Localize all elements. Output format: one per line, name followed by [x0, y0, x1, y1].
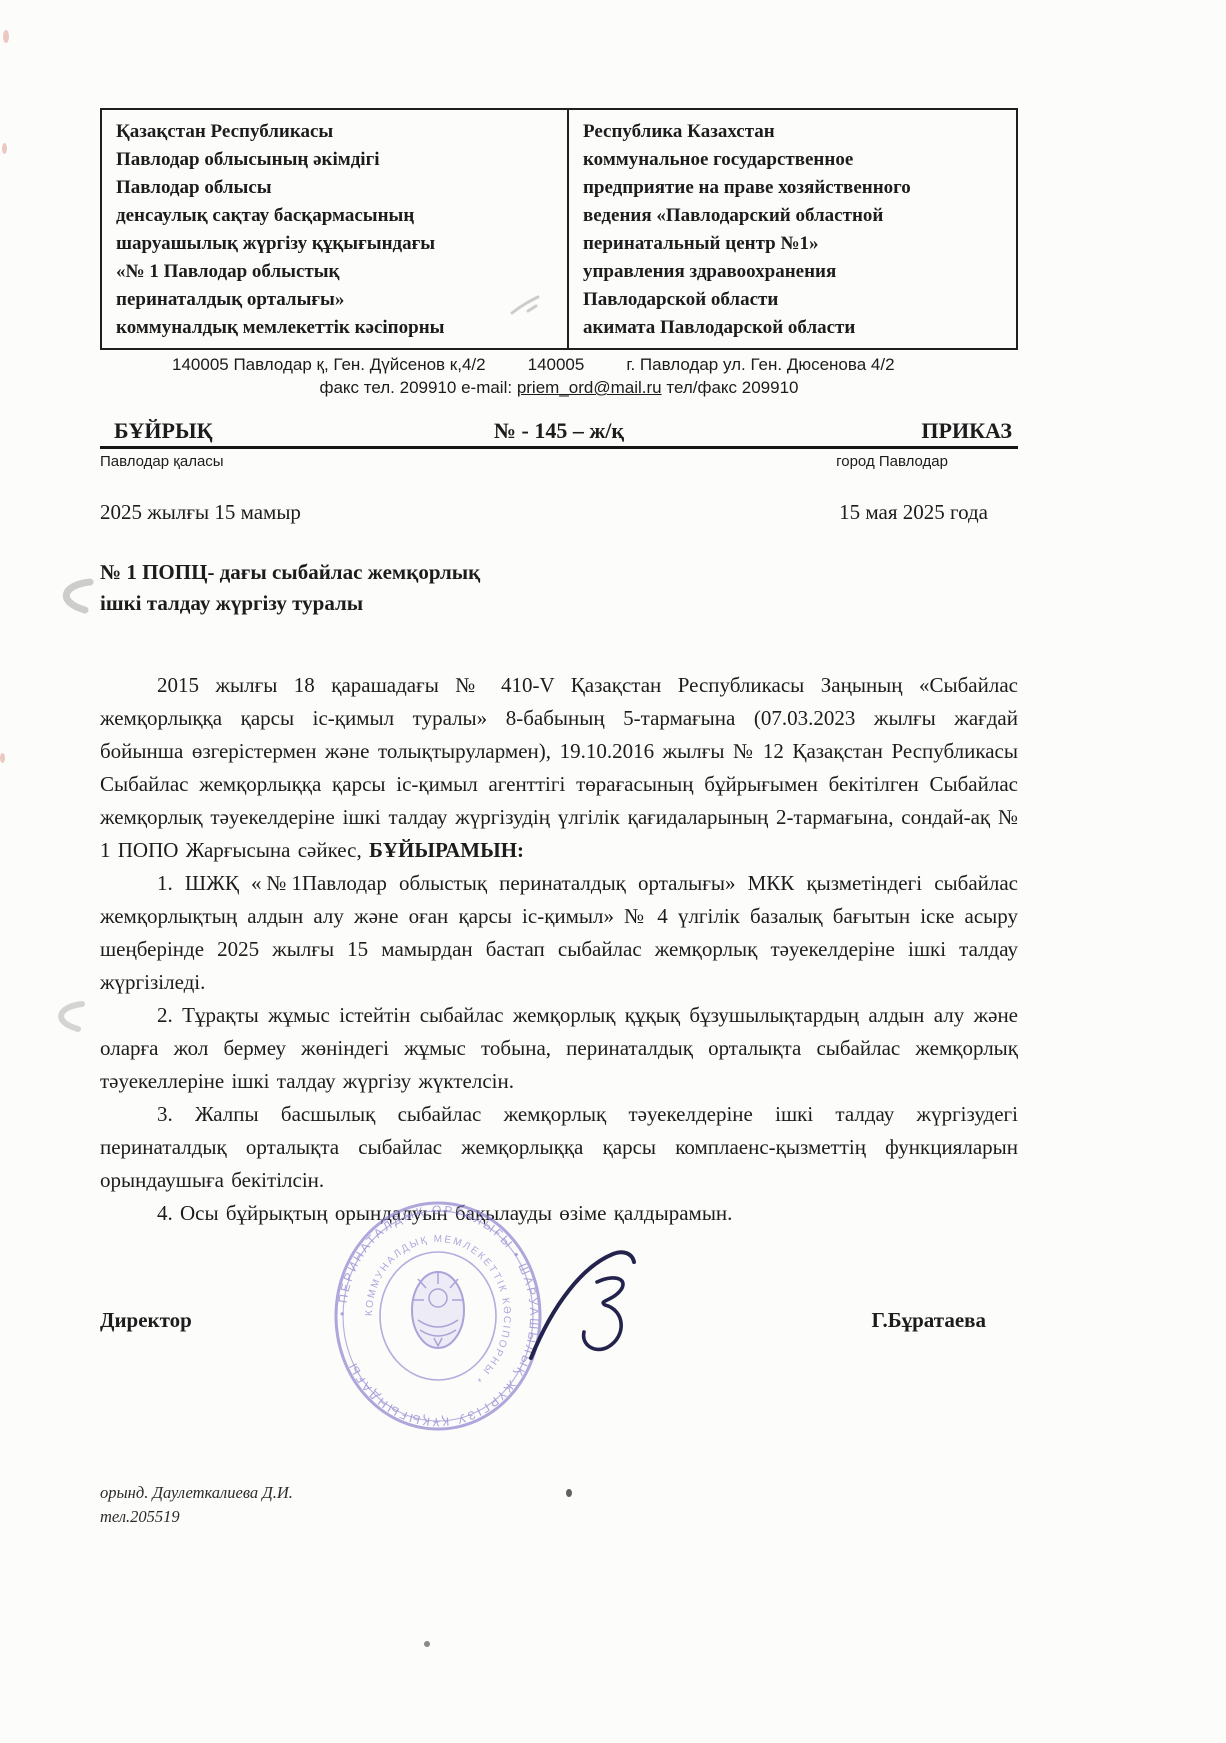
org-line: Павлодар облысы — [116, 174, 557, 202]
org-line: Павлодар облысының әкімдігі — [116, 146, 557, 174]
executor-phone: тел.205519 — [100, 1505, 1018, 1529]
date-row: 2025 жылғы 15 мамыр 15 мая 2025 года — [100, 500, 1018, 525]
org-line: Республика Казахстан — [583, 118, 1006, 146]
email-link[interactable]: priem_ord@mail.ru — [517, 378, 662, 397]
address-line: 140005 Павлодар қ, Ген. Дүйсенов к,4/2 1… — [100, 355, 1018, 375]
order-item-2: 2. Тұрақты жұмыс істейтін сыбайлас жемқо… — [100, 999, 1018, 1098]
order-subject: № 1 ПОПЦ- дағы сыбайлас жемқорлық ішкі т… — [100, 557, 1018, 619]
org-line: перинатальный центр №1» — [583, 230, 1006, 258]
city-row: Павлодар қаласы город Павлодар — [100, 453, 1018, 470]
org-line: управления здравоохранения — [583, 258, 1006, 286]
executor-note: орынд. Даулеткалиева Д.И. тел.205519 — [100, 1481, 1018, 1529]
phone-fax: тел/факс 209910 — [662, 378, 799, 397]
pen-mark-icon — [48, 575, 94, 617]
org-header-russian: Республика Казахстан коммунальное госуда… — [569, 110, 1016, 348]
city-kazakh: Павлодар қаласы — [100, 453, 224, 470]
scan-artifact — [0, 753, 5, 763]
ink-speck — [424, 1641, 430, 1647]
org-line: предприятие на праве хозяйственного — [583, 174, 1006, 202]
order-verb: БҰЙЫРАМЫН: — [369, 838, 524, 862]
org-line: коммуналдық мемлекеттік кәсіпорны — [116, 314, 557, 342]
org-line: коммунальное государственное — [583, 146, 1006, 174]
date-kazakh: 2025 жылғы 15 мамыр — [100, 500, 301, 525]
signer-title: Директор — [100, 1308, 192, 1333]
scanned-order-document: Қазақстан Республикасы Павлодар облысыны… — [0, 0, 1226, 1743]
date-russian: 15 мая 2025 года — [839, 500, 1018, 525]
org-line: акимата Павлодарской области — [583, 314, 1006, 342]
fax-phone: факс тел. 209910 e-mail: — [319, 378, 516, 397]
executor-name: орынд. Даулеткалиева Д.И. — [100, 1481, 1018, 1505]
order-body: 2015 жылғы 18 қарашадағы № 410-V Қазақст… — [100, 669, 1018, 1230]
contacts-line: факс тел. 209910 e-mail: priem_ord@mail.… — [100, 378, 1018, 398]
scan-artifact — [3, 30, 9, 43]
city-russian: город Павлодар — [836, 453, 1018, 470]
org-line: ведения «Павлодарский областной — [583, 202, 1006, 230]
preamble-paragraph: 2015 жылғы 18 қарашадағы № 410-V Қазақст… — [100, 669, 1018, 867]
ink-speck — [566, 1489, 572, 1497]
address-russian: г. Павлодар ул. Ген. Дюсенова 4/2 — [626, 355, 894, 375]
postal-code: 140005 — [528, 355, 585, 375]
pen-mark-icon — [44, 998, 86, 1036]
preamble-text: 2015 жылғы 18 қарашадағы № 410-V Қазақст… — [100, 673, 1018, 862]
director-signature — [525, 1242, 660, 1367]
org-line: «№ 1 Павлодар облыстық — [116, 258, 557, 286]
signer-name: Г.Бұратаева — [872, 1308, 1019, 1333]
order-item-3: 3. Жалпы басшылық сыбайлас жемқорлық тәу… — [100, 1098, 1018, 1197]
org-header-kazakh: Қазақстан Республикасы Павлодар облысыны… — [102, 110, 569, 348]
org-line: шаруашылық жүргізу құқығындағы — [116, 230, 557, 258]
order-title-row: БҰЙРЫҚ № - 145 – ж/қ ПРИКАЗ — [100, 418, 1018, 449]
order-title-kazakh: БҰЙРЫҚ — [100, 418, 403, 444]
order-item-4: 4. Осы бұйрықтың орындалуын бақылауды өз… — [100, 1197, 1018, 1230]
order-number: № - 145 – ж/қ — [403, 418, 715, 444]
org-line: Қазақстан Республикасы — [116, 118, 557, 146]
smudge-mark-icon — [508, 293, 542, 319]
address-kazakh: 140005 Павлодар қ, Ген. Дүйсенов к,4/2 — [172, 355, 486, 375]
org-line: перинаталдық орталығы» — [116, 286, 557, 314]
subject-line: ішкі талдау жүргізу туралы — [100, 588, 1018, 619]
scan-artifact — [2, 143, 7, 154]
org-line: Павлодарской области — [583, 286, 1006, 314]
order-item-1: 1. ШЖҚ «№1Павлодар облыстық перинаталдық… — [100, 867, 1018, 999]
order-title-russian: ПРИКАЗ — [715, 418, 1018, 444]
subject-line: № 1 ПОПЦ- дағы сыбайлас жемқорлық — [100, 557, 1018, 588]
org-line: денсаулық сақтау басқармасының — [116, 202, 557, 230]
org-header-table: Қазақстан Республикасы Павлодар облысыны… — [100, 108, 1018, 350]
